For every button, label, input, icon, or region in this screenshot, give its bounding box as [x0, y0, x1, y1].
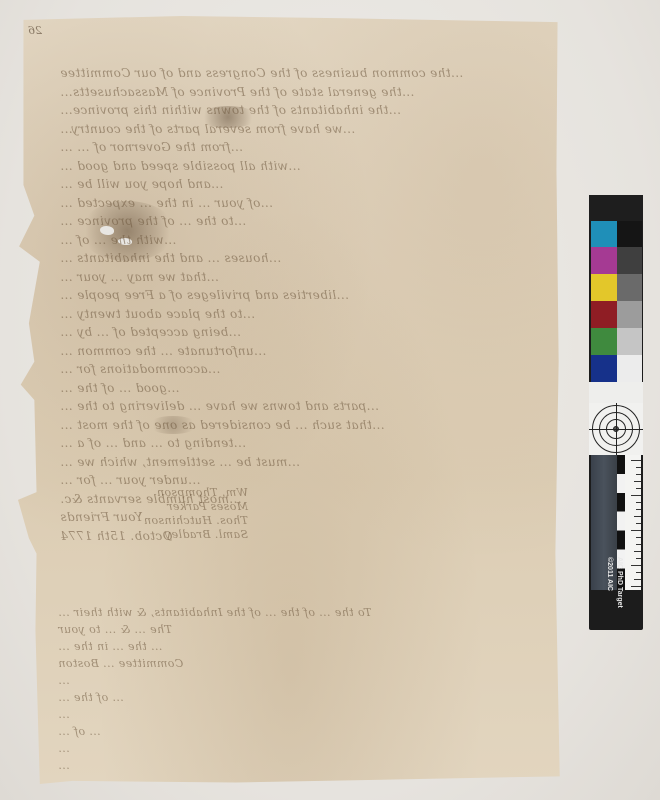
- gray-patch-2: [617, 247, 642, 274]
- yellow-patch: [591, 274, 617, 301]
- signature: Thos. Hutchinson: [88, 514, 248, 528]
- gray-patch-6: [617, 355, 642, 382]
- signature: Saml. Bradley: [88, 528, 248, 542]
- target-label: AIC PhD Target ©2011 AIC: [593, 553, 639, 628]
- address-block: To the ... of the ... of the Inhabitants…: [58, 604, 528, 800]
- color-calibration-target: AIC PhD Target ©2011 AIC: [589, 195, 643, 630]
- gray-patch-1: [617, 221, 642, 247]
- bullseye-target: [589, 403, 643, 455]
- white-strip: [589, 382, 643, 403]
- green-patch: [591, 328, 617, 355]
- gray-patch-5: [617, 328, 642, 355]
- black-patch: [589, 195, 643, 221]
- signature-block: Wm. Thompson Moses Parker Thos. Hutchins…: [88, 486, 248, 542]
- gray-patch-4: [617, 301, 642, 328]
- target-name: AIC PhD Target: [616, 557, 623, 608]
- signature: Moses Parker: [88, 500, 248, 514]
- signature: Wm. Thompson: [88, 486, 248, 500]
- magenta-patch: [591, 247, 617, 274]
- red-patch: [591, 301, 617, 328]
- page-number: 26: [28, 24, 42, 37]
- cyan-patch: [591, 221, 617, 247]
- target-copyright: ©2011 AIC: [606, 557, 613, 591]
- gray-patch-3: [617, 274, 642, 301]
- blue-patch: [591, 355, 617, 382]
- bleed-through-letter-body: ...the common business of the Congress a…: [60, 64, 555, 545]
- manuscript-page: 26 ...the common business of the Congres…: [18, 16, 563, 784]
